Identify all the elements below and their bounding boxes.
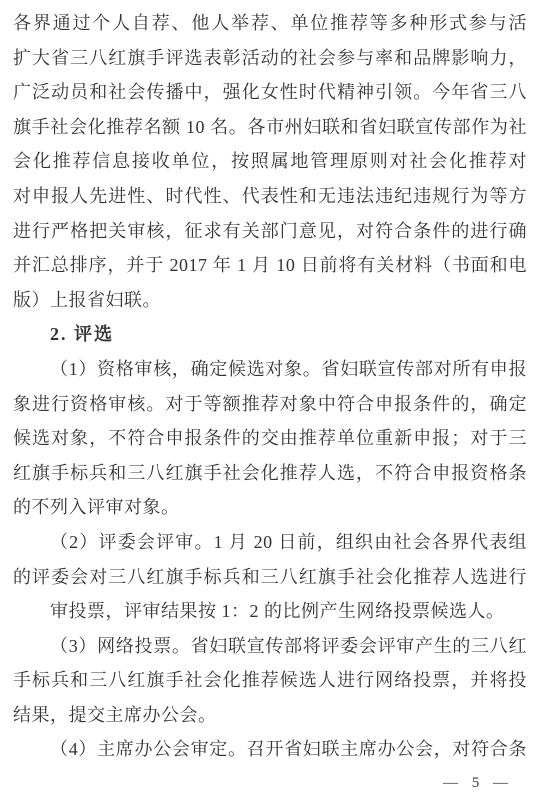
text-line: 会化推荐信息接收单位，按照属地管理原则对社会化推荐对象， bbox=[13, 144, 527, 179]
text-line: （2）评委会评审。1 月 20 日前，组织由社会各界代表组成 bbox=[13, 525, 527, 560]
text-line: 各界通过个人自荐、他人举荐、单位推荐等多种形式参与活动， bbox=[13, 6, 527, 41]
text-line: 旗手社会化推荐名额 10 名。各市州妇联和省妇联宣传部作为社 bbox=[13, 110, 527, 145]
section-heading: 2. 评选 bbox=[13, 317, 527, 352]
text-line: （3）网络投票。省妇联宣传部将评委会评审产生的三八红旗 bbox=[13, 629, 527, 664]
text-line: （4）主席办公会审定。召开省妇联主席办公会，对符合条件 bbox=[13, 732, 527, 767]
text-line: 并汇总排序，并于 2017 年 1 月 10 日前将有关材料（书面和电子 bbox=[13, 248, 527, 283]
text-line: 扩大省三八红旗手评选表彰活动的社会参与率和品牌影响力，在 bbox=[13, 41, 527, 76]
text-line: （1）资格审核，确定候选对象。省妇联宣传部对所有申报对 bbox=[13, 352, 527, 387]
text-line: 审投票，评审结果按 1：2 的比例产生网络投票候选人。 bbox=[13, 594, 527, 629]
text-line: 的评委会对三八红旗手标兵和三八红旗手社会化推荐人选进行评 bbox=[13, 560, 527, 595]
document-body: 各界通过个人自荐、他人举荐、单位推荐等多种形式参与活动， 扩大省三八红旗手评选表… bbox=[0, 0, 541, 767]
text-line: 象进行资格审核。对于等额推荐对象中符合申报条件的，确定为 bbox=[13, 387, 527, 422]
text-line: 手标兵和三八红旗手社会化推荐候选人进行网络投票，并将投票 bbox=[13, 663, 527, 698]
text-line: 红旗手标兵和三八红旗手社会化推荐人选，不符合申报资格条件 bbox=[13, 456, 527, 491]
text-line: 广泛动员和社会传播中，强化女性时代精神引领。今年省三八红 bbox=[13, 75, 527, 110]
text-line: 对申报人先进性、时代性、代表性和无违法违纪违规行为等方面 bbox=[13, 179, 527, 214]
text-line: 进行严格把关审核，征求有关部门意见，对符合条件的进行确认 bbox=[13, 214, 527, 249]
document-page: 各界通过个人自荐、他人举荐、单位推荐等多种形式参与活动， 扩大省三八红旗手评选表… bbox=[0, 0, 541, 800]
text-line: 结果，提交主席办公会。 bbox=[13, 698, 527, 733]
text-line: 版）上报省妇联。 bbox=[13, 283, 527, 318]
text-line: 候选对象，不符合申报条件的交由推荐单位重新申报；对于三八 bbox=[13, 421, 527, 456]
text-line: 的不列入评审对象。 bbox=[13, 490, 527, 525]
page-number: — 5 — bbox=[443, 775, 513, 792]
